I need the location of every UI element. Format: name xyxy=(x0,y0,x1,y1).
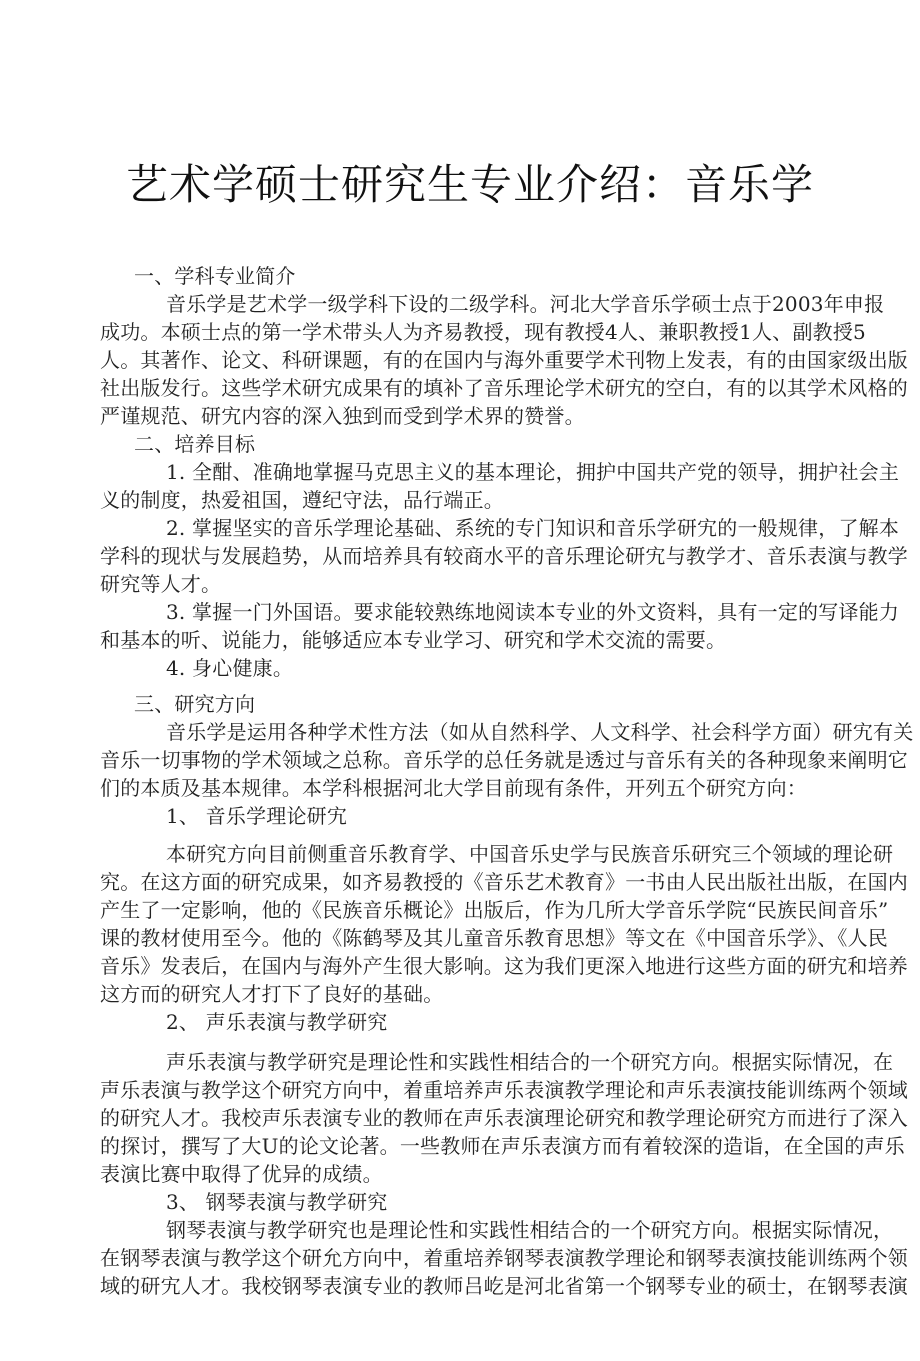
text-line: 1. 全酣、准确地掌握马克思主义的基本理论，拥护中国共产党的领导，拥护社会主 xyxy=(100,458,818,486)
text-line: 的研究人才。我校声乐表演专业的教师在声乐表演理论研究和教学理论研究方而进行了深入 xyxy=(100,1104,818,1132)
text-line: 课的教材使用至今。他的《陈鹤琴及其儿童音乐教育思想》等文在《中国音乐学》、《人民 xyxy=(100,924,818,952)
text-line: 表演比赛中取得了优异的成绩。 xyxy=(100,1160,818,1188)
text-line: 钢琴表演与教学研究也是理论性和实践性相结合的一个研究方向。根据实际情况， xyxy=(100,1216,818,1244)
text-line: 三、研究方向 xyxy=(100,690,818,718)
text-line: 人。其著作、论文、科研课题，有的在国内与海外重要学术刊物上发表，有的由国家级出版 xyxy=(100,346,818,374)
text-line: 们的本质及基本规律。本学科根据河北大学目前现有条件，开列五个研究方向： xyxy=(100,774,818,802)
text-line: 义的制度，热爱祖国，遵纪守法，品行端正。 xyxy=(100,486,818,514)
text-line: 4. 身心健康。 xyxy=(100,654,818,682)
text-line: 声乐表演与教学这个研究方向中，着重培养声乐表演教学理论和声乐表演技能训练两个领域 xyxy=(100,1076,818,1104)
text-line: 一、学科专业简介 xyxy=(100,262,818,290)
text-line: 域的研宄人才。我校钢琴表演专业的教师吕屹是河北省第一个钢琴专业的硕士，在钢琴表演 xyxy=(100,1272,818,1300)
text-line: 和基本的听、说能力，能够适应本专业学习、研究和学术交流的需要。 xyxy=(100,626,818,654)
text-line: 的探讨，撰写了大U的论文论著。一些教师在声乐表演方而有着较深的造诣，在全国的声乐 xyxy=(100,1132,818,1160)
text-line: 在钢琴表演与教学这个研允方向中，着重培养钢琴表演教学理论和钢琴表演技能训练两个领 xyxy=(100,1244,818,1272)
text-line: 音乐学是艺术学一级学科下设的二级学科。河北大学音乐学硕士点于2003年申报 xyxy=(100,290,818,318)
document-page: 艺术学硕士研究生专业介绍：音乐学 一、学科专业简介音乐学是艺术学一级学科下设的二… xyxy=(0,0,920,1361)
text-line: 音乐学是运用各种学术性方法（如从自然科学、人文科学、社会科学方面）研宄有关 xyxy=(100,718,818,746)
text-line: 这方而的研究人才打下了良好的基础。 xyxy=(100,980,818,1008)
text-line: 1、 音乐学理论研宄 xyxy=(100,802,818,830)
text-line: 严谨规范、研宄内容的深入独到而受到学术界的赞誉。 xyxy=(100,402,818,430)
text-line: 音乐》发表后，在国内与海外产生很大影响。这为我们更深入地进行这些方面的研宄和培养 xyxy=(100,952,818,980)
text-line: 社出版发行。这些学术研宄成果有的填补了音乐理论学术研宄的空白，有的以其学术风格的 xyxy=(100,374,818,402)
text-line: 音乐一切事物的学术领域之总称。音乐学的总任务就是透过与音乐有关的各种现象来阐明它 xyxy=(100,746,818,774)
text-line: 3. 掌握一门外国语。要求能较熟练地阅读本专业的外文资料，具有一定的写译能力 xyxy=(100,598,818,626)
text-line: 本研究方向目前侧重音乐教育学、中国音乐史学与民族音乐研究三个领域的理论研 xyxy=(100,840,818,868)
text-line: 2、 声乐表演与教学研究 xyxy=(100,1008,818,1036)
text-line: 究。在这方面的研究成果，如齐易教授的《音乐艺术教育》一书由人民出版社出版，在国内 xyxy=(100,868,818,896)
document-title: 艺术学硕士研究生专业介绍：音乐学 xyxy=(126,152,826,212)
text-line: 二、培养目标 xyxy=(100,430,818,458)
document-body: 一、学科专业简介音乐学是艺术学一级学科下设的二级学科。河北大学音乐学硕士点于20… xyxy=(100,262,818,1300)
text-line: 研究等人才。 xyxy=(100,570,818,598)
text-line: 产生了一定影响，他的《民族音乐概论》出版后，作为几所大学音乐学院“民族民间音乐” xyxy=(100,896,818,924)
text-line: 2. 掌握坚实的音乐学理论基础、系统的专门知识和音乐学研宄的一般规律，了解本 xyxy=(100,514,818,542)
text-line: 声乐表演与教学研究是理论性和实践性相结合的一个研究方向。根据实际情况，在 xyxy=(100,1048,818,1076)
text-line: 3、 钢琴表演与教学研究 xyxy=(100,1188,818,1216)
text-line: 学科的现状与发展趋势，从而培养具有较商水平的音乐理论研宄与教学才、音乐表演与教学 xyxy=(100,542,818,570)
text-line: 成功。本硕士点的第一学术带头人为齐易教授，现有教授4人、兼职教授1人、副教授5 xyxy=(100,318,818,346)
